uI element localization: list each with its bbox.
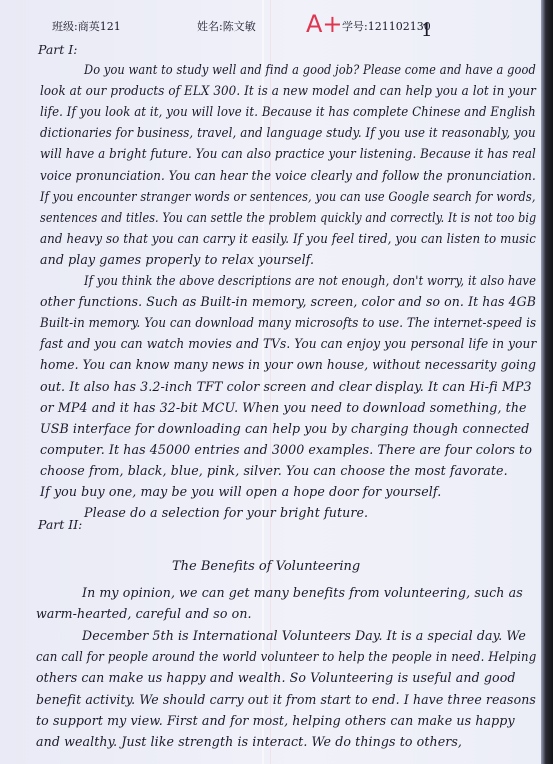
text-line: computer. It has 45000 entries and 3000 … [40,442,532,457]
grade-mark: A+ [306,10,343,38]
text-line: USB interface for downloading can help y… [40,421,529,436]
text-line: others can make us happy and wealth. So … [36,670,516,685]
part-1-heading: Part I: [38,42,77,57]
student-id-label: 学号:121102130 [342,18,431,34]
text-line: If you encounter stranger words or sente… [40,189,536,204]
text-line: dictionaries for business, travel, and l… [40,125,536,140]
text-line: other functions. Such as Built-in memory… [40,294,536,309]
text-line: December 5th is International Volunteers… [82,628,526,643]
text-line: out. It also has 3.2-inch TFT color scre… [40,379,532,394]
student-name-label: 姓名:陈文敏 [197,18,256,34]
text-line: and heavy so that you can carry it easil… [40,231,536,246]
scanner-edge [541,0,553,764]
text-line: Please do a selection for your bright fu… [84,505,368,520]
text-line: and wealthy. Just like strength is inter… [36,734,462,749]
text-line: sentences and titles. You can settle the… [40,210,536,225]
text-line: fast and you can watch movies and TVs. Y… [40,336,536,351]
text-line: In my opinion, we can get many benefits … [82,585,523,600]
text-line: will have a bright future. You can also … [40,146,536,161]
text-line: look at our products of ELX 300. It is a… [40,83,536,98]
part-2-heading: Part II: [38,517,82,532]
text-line: and play games properly to relax yoursel… [40,252,314,267]
class-label: 班级:商英121 [52,18,121,34]
text-line: or MP4 and it has 32-bit MCU. When you n… [40,400,527,415]
text-line: life. If you look at it, you will love i… [40,104,536,119]
text-line: benefit activity. We should carry out it… [36,692,536,707]
student-header: 班级:商英121 姓名:陈文敏 A+ 学号:121102130 1 [0,12,541,36]
text-line: home. You can know many news in your own… [40,357,536,372]
essay-title: The Benefits of Volunteering [172,559,360,574]
text-line: Built-in memory. You can download many m… [40,315,536,330]
text-line: voice pronunciation. You can hear the vo… [40,168,536,183]
page-number: 1 [421,20,432,41]
text-line: can call for people around the world vol… [36,649,536,664]
text-line: to support my view. First and for most, … [36,713,515,728]
text-line: choose from, black, blue, pink, silver. … [40,463,508,478]
scanned-essay-page: 班级:商英121 姓名:陈文敏 A+ 学号:121102130 1 Part I… [0,0,541,764]
text-line: If you think the above descriptions are … [84,273,536,288]
text-line: Do you want to study well and find a goo… [84,62,536,77]
text-line: warm-hearted, careful and so on. [36,606,252,621]
text-line: If you buy one, may be you will open a h… [40,484,441,499]
